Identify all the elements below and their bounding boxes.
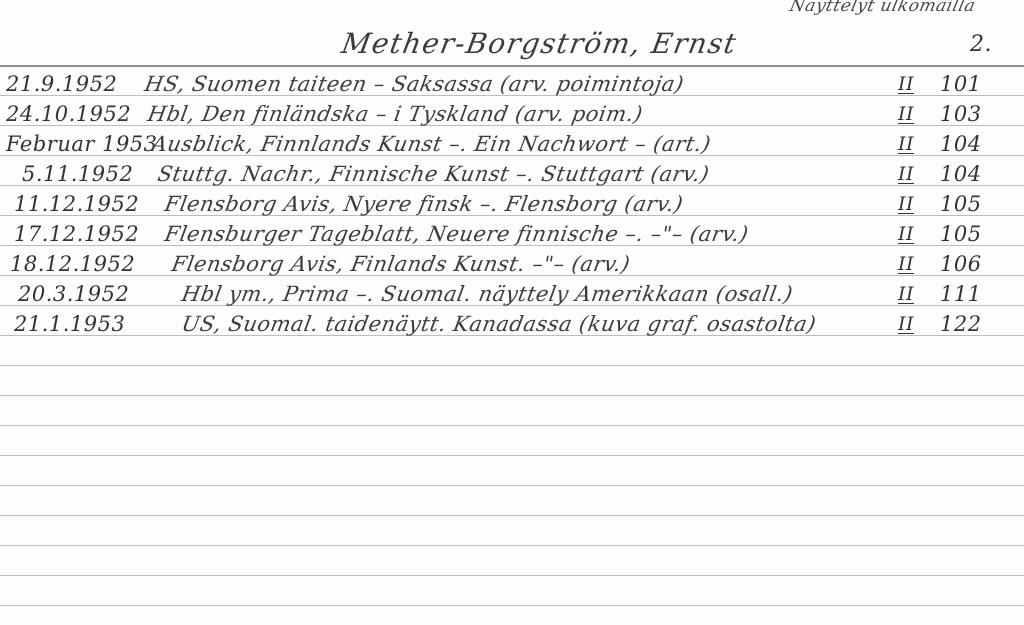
entry-text: Ausblick, Finnlands Kunst –. Ein Nachwor…	[150, 132, 713, 156]
ruled-line	[0, 515, 1024, 516]
entry-date: 20.3.1952	[18, 282, 129, 306]
index-card: Näyttelyt ulkomailla Mether-Borgström, E…	[0, 0, 1024, 625]
entry-page: 101	[940, 72, 982, 96]
entry-row: 21.1.1953 US, Suomal. taidenäytt. Kanada…	[0, 310, 1024, 340]
entry-page: 111	[940, 282, 982, 306]
entry-date: 17.12.1952	[14, 222, 139, 246]
entry-date: 5.11.1952	[22, 162, 133, 186]
ruled-line	[0, 575, 1024, 576]
entry-row: 5.11.1952 Stuttg. Nachr., Finnische Kuns…	[0, 160, 1024, 190]
entry-volume: II	[898, 133, 914, 155]
entry-volume: II	[898, 103, 914, 125]
entry-row: Februar 1953 Ausblick, Finnlands Kunst –…	[0, 130, 1024, 160]
entry-row: 20.3.1952 Hbl ym., Prima –. Suomal. näyt…	[0, 280, 1024, 310]
header-rule	[0, 65, 1024, 67]
entry-page: 105	[940, 222, 982, 246]
entry-text: Flensborg Avis, Nyere finsk –. Flensborg…	[163, 192, 685, 216]
entry-text: Flensburger Tageblatt, Neuere finnische …	[163, 222, 751, 246]
entry-date: 18.12.1952	[10, 252, 135, 276]
entry-text: HS, Suomen taiteen – Saksassa (arv. poim…	[143, 72, 686, 96]
entry-volume: II	[898, 253, 914, 275]
entry-row: 21.9.1952 HS, Suomen taiteen – Saksassa …	[0, 70, 1024, 100]
corner-category-note: Näyttelyt ulkomailla	[788, 0, 978, 16]
ruled-line	[0, 605, 1024, 606]
ruled-line	[0, 395, 1024, 396]
entry-row: 18.12.1952 Flensborg Avis, Finlands Kuns…	[0, 250, 1024, 280]
entry-page: 104	[940, 132, 982, 156]
entry-row: 24.10.1952 Hbl, Den finländska – i Tyskl…	[0, 100, 1024, 130]
card-number: 2.	[970, 32, 992, 57]
entry-volume: II	[898, 193, 914, 215]
entry-date: 11.12.1952	[14, 192, 139, 216]
ruled-line	[0, 425, 1024, 426]
entry-page: 106	[940, 252, 982, 276]
entry-volume: II	[898, 163, 914, 185]
entry-page: 122	[940, 312, 982, 336]
entry-page: 103	[940, 102, 982, 126]
entry-text: Hbl ym., Prima –. Suomal. näyttely Ameri…	[180, 282, 795, 306]
entry-volume: II	[898, 73, 914, 95]
entry-text: Hbl, Den finländska – i Tyskland (arv. p…	[146, 102, 645, 126]
entry-text: US, Suomal. taidenäytt. Kanadassa (kuva …	[180, 312, 818, 336]
entry-text: Flensborg Avis, Finlands Kunst. –"– (arv…	[170, 252, 632, 276]
entry-date: 21.9.1952	[6, 72, 117, 96]
entry-page: 104	[940, 162, 982, 186]
entry-row: 17.12.1952 Flensburger Tageblatt, Neuere…	[0, 220, 1024, 250]
entry-date: 24.10.1952	[6, 102, 131, 126]
entry-text: Stuttg. Nachr., Finnische Kunst –. Stutt…	[156, 162, 711, 186]
ruled-line	[0, 455, 1024, 456]
ruled-line	[0, 545, 1024, 546]
entry-page: 105	[940, 192, 982, 216]
ruled-line	[0, 485, 1024, 486]
entry-volume: II	[898, 313, 914, 335]
entry-date: 21.1.1953	[14, 312, 125, 336]
entry-row: 11.12.1952 Flensborg Avis, Nyere finsk –…	[0, 190, 1024, 220]
entry-volume: II	[898, 283, 914, 305]
card-title: Mether-Borgström, Ernst	[339, 27, 740, 60]
entry-date: Februar 1953	[6, 132, 158, 156]
ruled-line	[0, 365, 1024, 366]
entry-volume: II	[898, 223, 914, 245]
